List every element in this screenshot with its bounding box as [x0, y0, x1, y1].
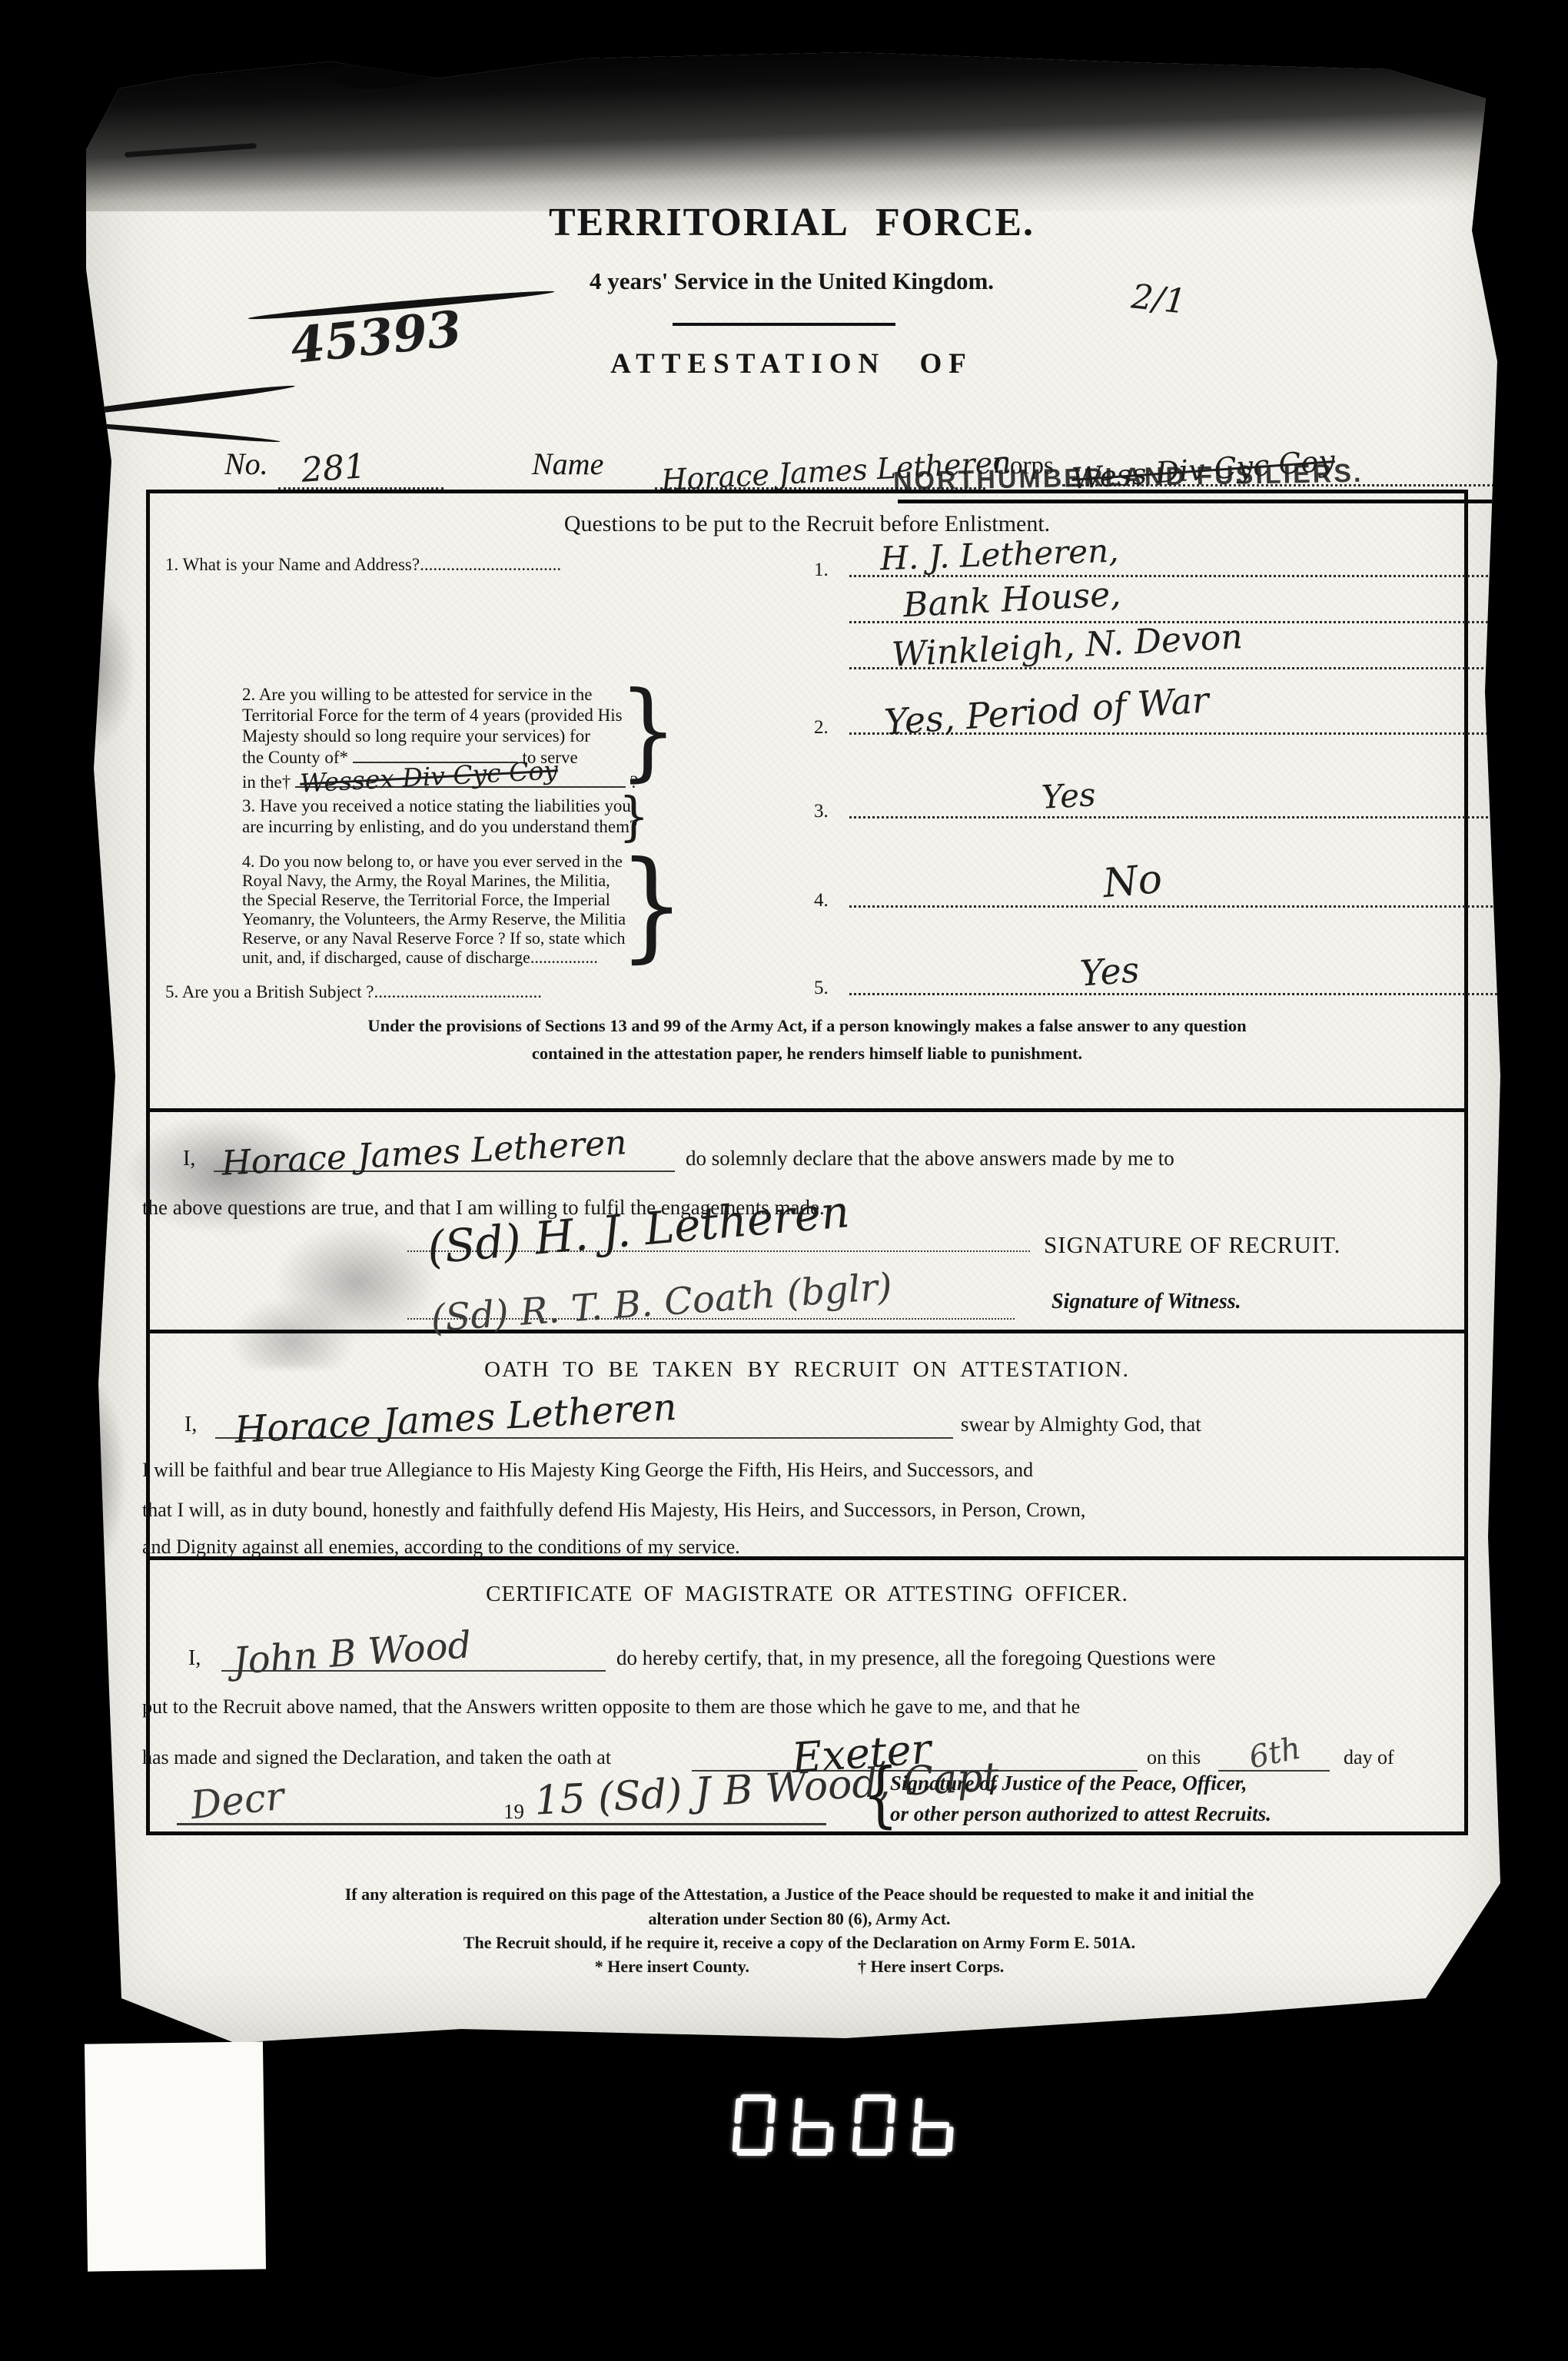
in-the-label: in the† — [242, 772, 291, 792]
form-title: TERRITORIAL FORCE. — [77, 200, 1507, 245]
answer-line-3: 3. Yes — [849, 816, 1530, 819]
footnote-county: * Here insert County. — [595, 1957, 749, 1976]
certificate-month-value: Decr — [189, 1777, 286, 1825]
scanned-attestation-page: { "annotations": { "service_no": "45393"… — [0, 0, 1568, 2361]
question-2-inthe-line: in the† Wessex Div Cyc Coy ? — [242, 771, 673, 792]
question-1: 1. What is your Name and Address?.......… — [165, 555, 561, 575]
certificate-on-this: on this — [1147, 1746, 1201, 1769]
left-edge-tear-1 — [71, 477, 91, 707]
question-4-line6: unit, and, if discharged, cause of disch… — [242, 948, 673, 967]
answer-4-value: No — [1101, 859, 1164, 904]
questions-heading: Questions to be put to the Recruit befor… — [146, 511, 1468, 537]
question-2-brace — [619, 679, 677, 785]
counter-digit — [912, 2094, 956, 2156]
question-4-brace — [619, 845, 685, 965]
certificate-heading: CERTIFICATE OF MAGISTRATE OR ATTESTING O… — [146, 1582, 1468, 1607]
certificate-day-of: day of — [1344, 1746, 1394, 1769]
footnote-line-4: * Here insert County. † Here insert Corp… — [123, 1957, 1476, 1977]
answer-5-number: 5. — [814, 978, 829, 999]
section-divider-2 — [146, 1330, 1468, 1333]
left-edge-tear-2 — [69, 876, 88, 1307]
question-2: 2. Are you willing to be attested for se… — [242, 684, 673, 792]
declaration-name-blank: Horace James Letheren — [214, 1171, 675, 1172]
film-frame-counter — [734, 2094, 954, 2156]
certificate-officer-blank: John B Wood — [221, 1670, 606, 1672]
declaration-after-name: do solemnly declare that the above answe… — [686, 1147, 1174, 1171]
answer-line-4: 4. No — [849, 905, 1530, 908]
certificate-line-3-pre: has made and signed the Declaration, and… — [142, 1746, 611, 1769]
answer-line-5: 5. Yes — [849, 993, 1530, 995]
certificate-i-label: I, — [188, 1646, 201, 1671]
title-divider — [673, 323, 895, 326]
answer-line-1c: Winkleigh, N. Devon — [849, 667, 1530, 669]
question-4-line1: 4. Do you now belong to, or have you eve… — [242, 852, 673, 871]
answer-1a-value: H. J. Letheren, — [879, 535, 1119, 576]
footnote-line-1: If any alteration is required on this pa… — [123, 1884, 1476, 1904]
oath-line-2: that I will, as in duty bound, honestly … — [142, 1499, 1085, 1522]
question-4-line2: Royal Navy, the Army, the Royal Marines,… — [242, 871, 673, 890]
question-2-line2: Territorial Force for the term of 4 year… — [242, 705, 673, 726]
certificate-date-line — [177, 1823, 826, 1825]
jp-signature-line-2: or other person authorized to attest Rec… — [890, 1802, 1271, 1826]
answer-3-value: Yes — [1041, 779, 1097, 814]
pen-stroke-left-b — [50, 419, 280, 444]
no-label: No. — [224, 446, 268, 482]
recruit-signature-label: SIGNATURE OF RECRUIT. — [1044, 1231, 1340, 1259]
oath-line-1: I will be faithful and bear true Allegia… — [142, 1459, 1033, 1482]
question-4: 4. Do you now belong to, or have you eve… — [242, 852, 673, 967]
in-the-blank: Wessex Div Cyc Coy — [295, 771, 626, 788]
answer-2-number: 2. — [814, 717, 829, 739]
answer-line-2: 2. Yes, Period of War — [849, 732, 1530, 735]
footnote-corps: † Here insert Corps. — [858, 1957, 1004, 1976]
question-5: 5. Are you a British Subject ?..........… — [165, 982, 542, 1002]
counter-digit — [792, 2094, 836, 2156]
declaration-i-label: I, — [183, 1147, 195, 1171]
answer-3-number: 3. — [814, 801, 829, 822]
pen-stroke-top-left — [125, 143, 257, 158]
oath-name-blank: Horace James Letheren — [215, 1437, 953, 1439]
counter-digit — [852, 2094, 896, 2156]
answer-4-number: 4. — [814, 890, 829, 912]
question-2-line1: 2. Are you willing to be attested for se… — [242, 684, 673, 705]
footnote-line-3: The Recruit should, if he require it, re… — [123, 1933, 1476, 1953]
answer-1-number: 1. — [814, 560, 829, 581]
county-label: the County of* — [242, 748, 348, 767]
question-3-line2: are incurring by enlisting, and do you u… — [242, 816, 673, 837]
recruit-signature-line: (Sd) H. J. Letheren — [407, 1250, 1030, 1252]
section-divider-1 — [146, 1108, 1468, 1112]
name-label: Name — [532, 446, 603, 482]
oath-after-name: swear by Almighty God, that — [961, 1413, 1201, 1436]
question-2-line3: Majesty should so long require your serv… — [242, 726, 673, 746]
question-4-line4: Yeomanry, the Volunteers, the Army Reser… — [242, 909, 673, 928]
scan-blank-card — [85, 2041, 266, 2271]
witness-signature-line: (Sd) R. T. B. Coath (bglr) — [407, 1318, 1015, 1320]
question-4-line5: Reserve, or any Naval Reserve Force ? If… — [242, 928, 673, 948]
jp-signature-line-1: Signature of Justice of the Peace, Offic… — [890, 1772, 1247, 1795]
ink-blob-top — [329, 45, 447, 95]
question-4-line3: the Special Reserve, the Territorial For… — [242, 890, 673, 909]
certificate-after-officer: do hereby certify, that, in my presence,… — [616, 1646, 1215, 1670]
paper-sheet: TERRITORIAL FORCE. 4 years' Service in t… — [77, 46, 1522, 2044]
answer-5-value: Yes — [1078, 951, 1140, 991]
oath-heading: OATH TO BE TAKEN BY RECRUIT ON ATTESTATI… — [146, 1357, 1468, 1383]
warning-line-2: contained in the attestation paper, he r… — [146, 1044, 1468, 1064]
pen-stroke-left-a — [43, 383, 296, 420]
answer-line-1a: 1. H. J. Letheren, — [849, 575, 1530, 577]
form-subtitle: 4 years' Service in the United Kingdom. — [77, 267, 1507, 295]
warning-line-1: Under the provisions of Sections 13 and … — [146, 1016, 1468, 1036]
footnote-line-2: alteration under Section 80 (6), Army Ac… — [123, 1909, 1476, 1929]
page-mark-annotation: 2/1 — [1130, 280, 1188, 319]
certificate-line-2: put to the Recruit above named, that the… — [142, 1695, 1080, 1718]
oath-i-label: I, — [184, 1413, 197, 1437]
no-value: 281 — [301, 450, 367, 488]
question-3-line1: 3. Have you received a notice stating th… — [242, 795, 673, 816]
witness-signature-label: Signature of Witness. — [1051, 1290, 1241, 1314]
oath-line-3: and Dignity against all enemies, accordi… — [142, 1536, 740, 1559]
question-3: 3. Have you received a notice stating th… — [242, 795, 673, 837]
counter-digit — [732, 2094, 776, 2156]
certificate-year-printed: 19 — [503, 1800, 524, 1824]
